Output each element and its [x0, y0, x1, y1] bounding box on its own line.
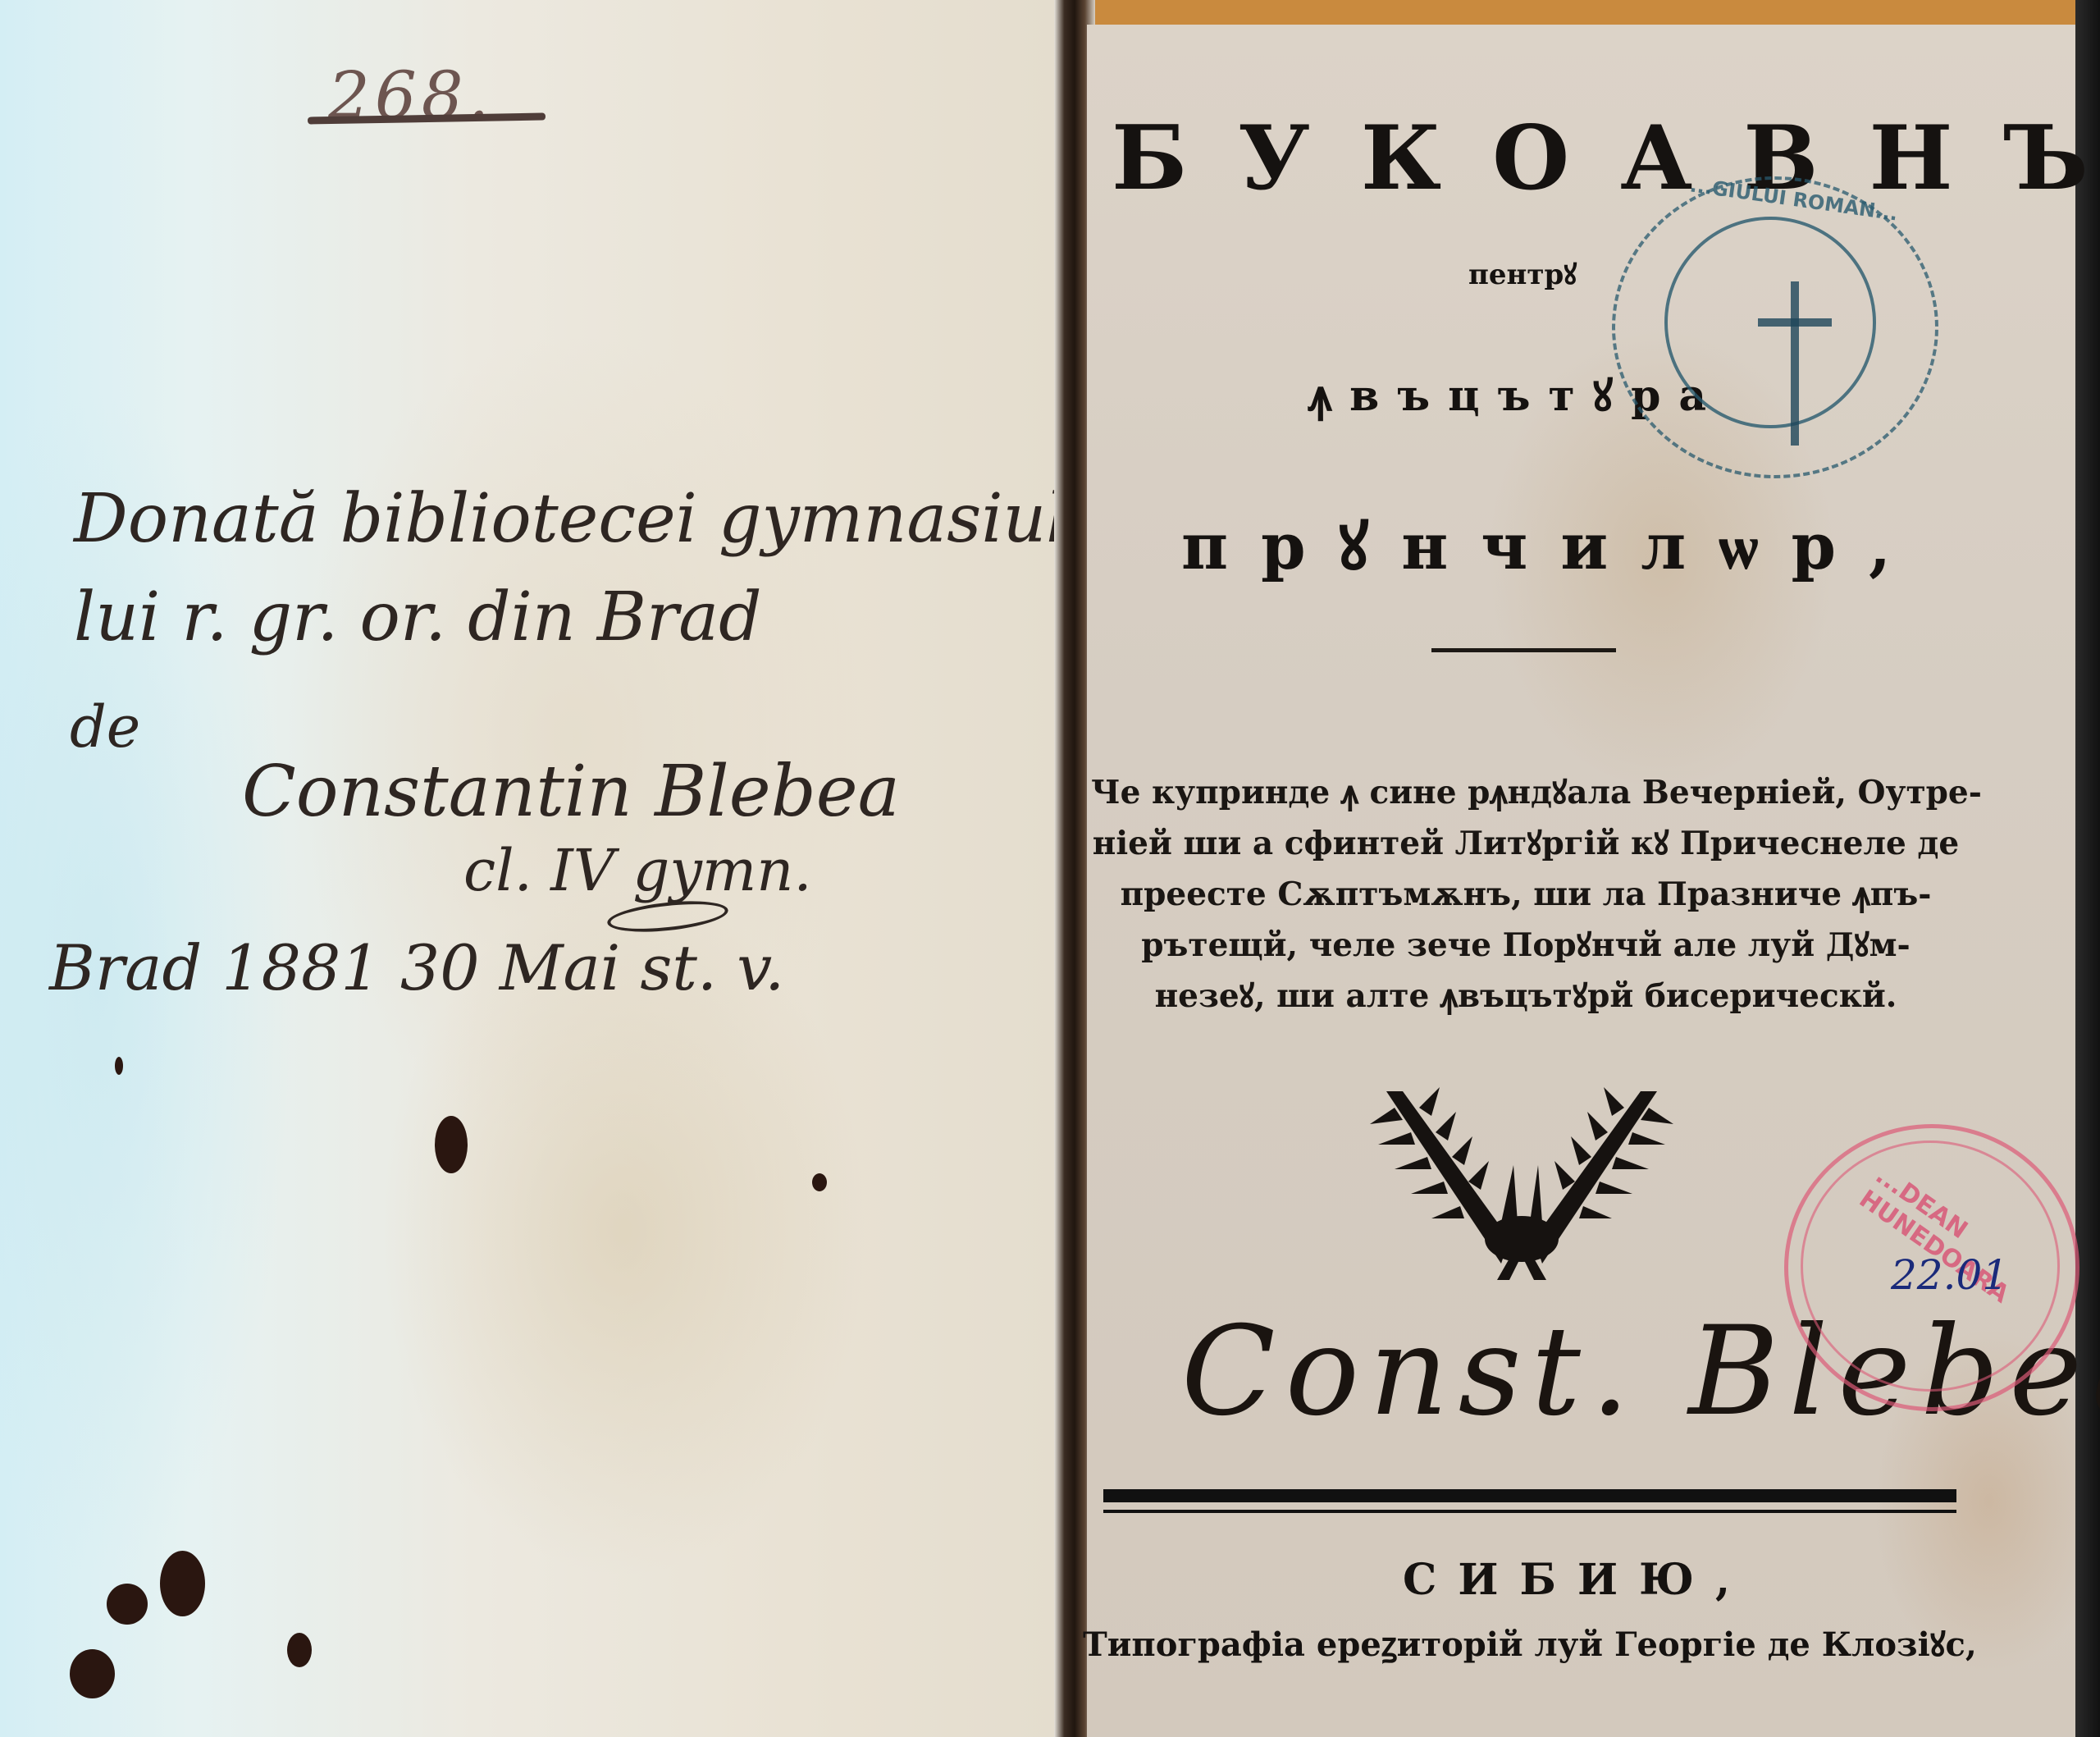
page-edge-shadow [2075, 0, 2100, 1737]
donation-line-2: lui r. gr. or. din Brad [74, 578, 762, 656]
donation-line-3: de [70, 693, 140, 761]
donor-name: Constantin Blebea [242, 751, 900, 833]
ink-blot [287, 1633, 312, 1667]
book-title: БУКОАВНЪ [1112, 107, 2100, 210]
stamp-inner-circle [1664, 217, 1876, 428]
description-line: нiей ши а сфинтей Литꙋргiй кꙋ Причеснеле… [1091, 818, 1961, 869]
description-line: преесте Сѫптъмѫнъ, ши ла Празниче ꙟпъ- [1091, 869, 1961, 920]
ink-blot [70, 1649, 115, 1698]
thin-rule [1103, 1510, 1956, 1513]
cross-bar-icon [1758, 318, 1832, 327]
cross-icon [1791, 281, 1799, 446]
inventory-number: 22.01 [1891, 1251, 2008, 1299]
donor-class: cl. IV gymn. [463, 837, 812, 904]
description-block: Че купринде ꙟ сине рꙟндꙋала Вечернiей, О… [1091, 767, 1961, 1022]
open-book: 268. Donată bibliotecei gymnasiului lui … [0, 0, 2100, 1737]
palm-branches-ornament-icon [1337, 1075, 1706, 1280]
imprint-city: СИБИЮ, [1403, 1555, 1751, 1605]
ink-blot [160, 1551, 205, 1616]
blue-library-stamp: ...GIULUI ROMAN... [1612, 176, 1938, 478]
subtitle-for: пентрꙋ [1468, 254, 1577, 292]
description-line: рътещй, челе зече Порꙋнчй але луй Дꙋм- [1091, 920, 1961, 971]
left-flyleaf-page: 268. Donată bibliotecei gymnasiului lui … [0, 0, 1058, 1737]
red-museum-stamp: ...DEAN HUNEDOARA 22.01 [1784, 1124, 2079, 1411]
description-line: Че купринде ꙟ сине рꙟндꙋала Вечернiей, О… [1091, 767, 1961, 818]
donation-line-1: Donată bibliotecei gymnasiului [74, 480, 1133, 558]
title-divider [1431, 648, 1616, 652]
ink-blot [115, 1057, 123, 1075]
imprint-printer: Типографiа ереꙁиторiй луй Георгiе де Кло… [1083, 1620, 1977, 1666]
ink-blot [435, 1116, 468, 1173]
ink-blot [812, 1173, 827, 1191]
description-line: незеꙋ, ши алте ꙟвъцътꙋрй бисерическй. [1091, 971, 1961, 1022]
ink-blot [107, 1584, 148, 1625]
thick-rule [1103, 1489, 1956, 1502]
subtitle-children: прꙋнчилѡр, [1181, 501, 1924, 587]
donation-place-date: Brad 1881 30 Mai st. v. [49, 931, 784, 1004]
